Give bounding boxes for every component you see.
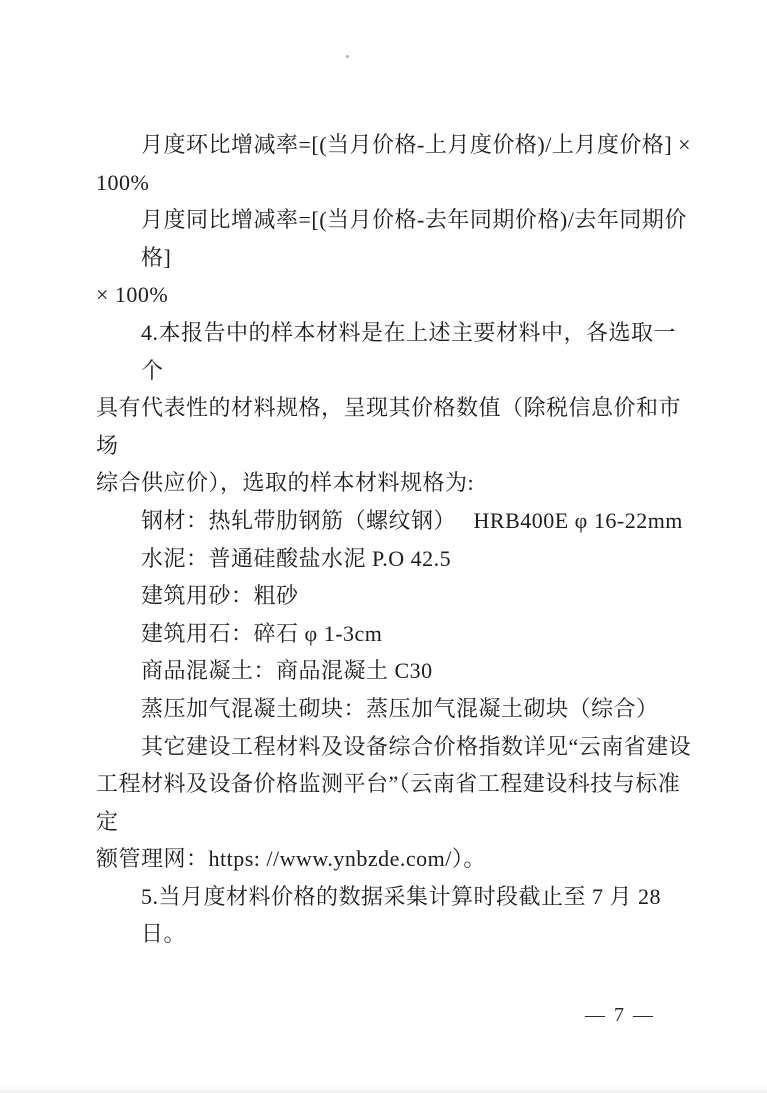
- text-line: 建筑用砂：粗砂: [96, 577, 696, 615]
- text-line: 建筑用石：碎石 φ 1-3cm: [96, 615, 696, 653]
- text-line: × 100%: [96, 276, 696, 314]
- text-line: 其它建设工程材料及设备综合价格指数详见“云南省建设: [96, 728, 696, 766]
- text-line: 月度环比增减率=[(当月价格-上月度价格)/上月度价格] ×: [96, 126, 696, 164]
- text-line: 5.当月度材料价格的数据采集计算时段截止至 7 月 28 日。: [96, 878, 696, 953]
- page-number: — 7 —: [585, 1004, 655, 1027]
- text-block: 月度环比增减率=[(当月价格-上月度价格)/上月度价格] ×100%月度同比增减…: [96, 126, 696, 953]
- text-line: 100%: [96, 164, 696, 202]
- text-line: 具有代表性的材料规格，呈现其价格数值（除税信息价和市场: [96, 389, 696, 464]
- scan-speck: [346, 55, 349, 58]
- document-page: 月度环比增减率=[(当月价格-上月度价格)/上月度价格] ×100%月度同比增减…: [0, 0, 767, 1093]
- text-line: 月度同比增减率=[(当月价格-去年同期价格)/去年同期价格]: [96, 201, 696, 276]
- text-line: 蒸压加气混凝土砌块：蒸压加气混凝土砌块（综合）: [96, 690, 696, 728]
- text-line: 综合供应价），选取的样本材料规格为:: [96, 464, 696, 502]
- text-line: 钢材：热轧带肋钢筋（螺纹钢） HRB400E φ 16-22mm: [96, 502, 696, 540]
- text-line: 工程材料及设备价格监测平台”（云南省工程建设科技与标准定: [96, 765, 696, 840]
- scan-edge-artifact: [0, 1084, 767, 1093]
- text-line: 水泥：普通硅酸盐水泥 P.O 42.5: [96, 540, 696, 578]
- text-line: 额管理网：https: //www.ynbzde.com/）。: [96, 840, 696, 878]
- text-line: 4.本报告中的样本材料是在上述主要材料中，各选取一个: [96, 314, 696, 389]
- text-line: 商品混凝土：商品混凝土 C30: [96, 652, 696, 690]
